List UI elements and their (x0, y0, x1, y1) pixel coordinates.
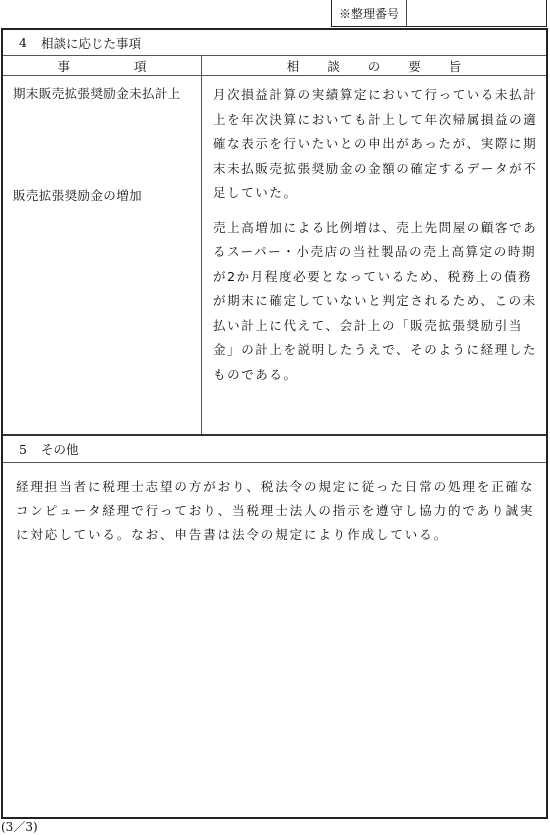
column-header-item: 事 項 (3, 56, 202, 75)
section-5-header: 5 その他 (3, 436, 546, 463)
column-header-item-char: 項 (134, 57, 147, 75)
summary-paragraph: 売上高増加による比例増は、売上先問屋の顧客であるスーパー・小売店の当社製品の売上… (213, 216, 538, 388)
reference-number-box: ※整理番号 (331, 0, 547, 27)
reference-number-label: ※整理番号 (332, 0, 407, 26)
consultation-summary-column: 月次損益計算の実績算定において行っている未払計上を年次決算においても計上して年次… (202, 76, 546, 434)
column-header-summary-char: の (368, 57, 381, 75)
consulted-item: 販売拡張奨励金の増加 (13, 186, 142, 204)
reference-number-value (407, 0, 546, 26)
section-4-number: 4 (19, 35, 41, 50)
column-header-summary-char: 要 (408, 57, 421, 75)
column-header-summary-char: 談 (327, 57, 340, 75)
consulted-items-column: 期末販売拡張奨励金未払計上 販売拡張奨励金の増加 (3, 76, 202, 434)
summary-paragraph: 月次損益計算の実績算定において行っている未払計上を年次決算においても計上して年次… (213, 83, 538, 206)
column-header-summary-char: 相 (287, 57, 300, 75)
consulted-item: 期末販売拡張奨励金未払計上 (13, 84, 181, 102)
column-header-item-char: 事 (57, 57, 70, 75)
section-4-header: 4 相談に応じた事項 (3, 30, 546, 56)
column-header-summary: 相 談 の 要 旨 (202, 56, 546, 75)
page-number: (3／3) (1, 819, 38, 835)
section-5-number: 5 (19, 442, 41, 457)
column-header-summary-char: 旨 (449, 57, 462, 75)
section-4-title: 相談に応じた事項 (41, 34, 141, 52)
section-5-body: 経理担当者に税理士志望の方がおり、税法令の規定に従った日常の処理を正確なコンピュ… (3, 463, 546, 817)
section-4-body: 期末販売拡張奨励金未払計上 販売拡張奨励金の増加 月次損益計算の実績算定において… (3, 76, 546, 436)
section-4-column-headers: 事 項 相 談 の 要 旨 (3, 56, 546, 76)
consultation-form: 4 相談に応じた事項 事 項 相 談 の 要 旨 期末販売拡張奨励金未払計上 販… (1, 28, 548, 819)
section-5-title: その他 (41, 440, 79, 458)
